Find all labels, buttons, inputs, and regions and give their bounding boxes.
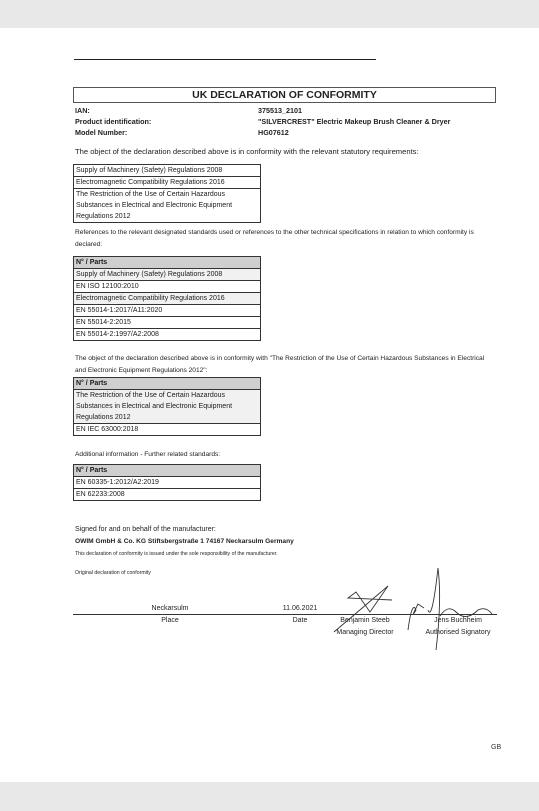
document-title: UK DECLARATION OF CONFORMITY — [73, 87, 496, 103]
standard-cell: EN 62233:2008 — [74, 489, 261, 501]
conformity-statement: The object of the declaration described … — [75, 146, 495, 158]
standards-table: N° / Parts Supply of Machinery (Safety) … — [73, 256, 261, 341]
table-row: The Restriction of the Use of Certain Ha… — [74, 390, 261, 424]
product-id-label: Product identification: — [75, 117, 151, 126]
requirement-row: The Restriction of the Use of Certain Ha… — [74, 189, 261, 223]
table-row: EN IEC 63000:2018 — [74, 424, 261, 436]
signed-for-label: Signed for and on behalf of the manufact… — [75, 526, 216, 533]
page-label: GB — [491, 744, 501, 751]
regulation-cell: Electromagnetic Compatibility Regulation… — [74, 293, 261, 305]
ian-label: IAN: — [75, 106, 90, 115]
place-label: Place — [130, 617, 210, 624]
viewer-bottom-band — [0, 782, 539, 811]
original-declaration-note: Original declaration of conformity — [75, 570, 151, 576]
additional-info-statement: Additional information - Further related… — [75, 449, 495, 461]
header-rule — [74, 59, 376, 60]
table-row: EN 55014-2:1997/A2:2008 — [74, 329, 261, 341]
standard-cell: EN ISO 12100:2010 — [74, 281, 261, 293]
standard-cell: EN 55014-1:2017/A11:2020 — [74, 305, 261, 317]
handwritten-signatures — [320, 560, 520, 670]
table-row: Electromagnetic Compatibility Regulation… — [74, 293, 261, 305]
regulation-cell: Supply of Machinery (Safety) Regulations… — [74, 269, 261, 281]
responsibility-note: This declaration of conformity is issued… — [75, 551, 278, 557]
regulation-cell: The Restriction of the Use of Certain Ha… — [74, 390, 261, 424]
table-row: EN ISO 12100:2010 — [74, 281, 261, 293]
standard-cell: EN 55014-2:1997/A2:2008 — [74, 329, 261, 341]
rohs-statement: The object of the declaration described … — [75, 353, 495, 377]
table-row: EN 55014-2:2015 — [74, 317, 261, 329]
manufacturer-address: OWIM GmbH & Co. KG Stiftsbergstraße 1 74… — [75, 538, 294, 545]
table-row: EN 62233:2008 — [74, 489, 261, 501]
signature-jens-buchheim — [408, 568, 492, 650]
table-header: N° / Parts — [74, 257, 261, 269]
additional-standards-table: N° / Parts EN 60335-1:2012/A2:2019EN 622… — [73, 464, 261, 501]
model-number-label: Model Number: — [75, 128, 127, 137]
ian-value: 375513_2101 — [258, 106, 302, 115]
table-row: EN 55014-1:2017/A11:2020 — [74, 305, 261, 317]
viewer-top-band — [0, 0, 539, 28]
standard-cell: EN 55014-2:2015 — [74, 317, 261, 329]
rohs-table: N° / Parts The Restriction of the Use of… — [73, 377, 261, 436]
signature-benjamin-steeb — [334, 586, 392, 632]
requirement-row: Supply of Machinery (Safety) Regulations… — [74, 165, 261, 177]
requirement-row: Electromagnetic Compatibility Regulation… — [74, 177, 261, 189]
standard-cell: EN 60335-1:2012/A2:2019 — [74, 477, 261, 489]
table-row: Supply of Machinery (Safety) Regulations… — [74, 269, 261, 281]
table-header: N° / Parts — [74, 465, 261, 477]
table-header: N° / Parts — [74, 378, 261, 390]
standards-statement: References to the relevant designated st… — [75, 227, 495, 251]
model-number-value: HG07612 — [258, 128, 289, 137]
product-id-value: "SILVERCREST" Electric Makeup Brush Clea… — [258, 117, 450, 126]
standard-cell: EN IEC 63000:2018 — [74, 424, 261, 436]
table-row: EN 60335-1:2012/A2:2019 — [74, 477, 261, 489]
statutory-requirements-table: Supply of Machinery (Safety) Regulations… — [73, 164, 261, 223]
place-value: Neckarsulm — [130, 605, 210, 612]
